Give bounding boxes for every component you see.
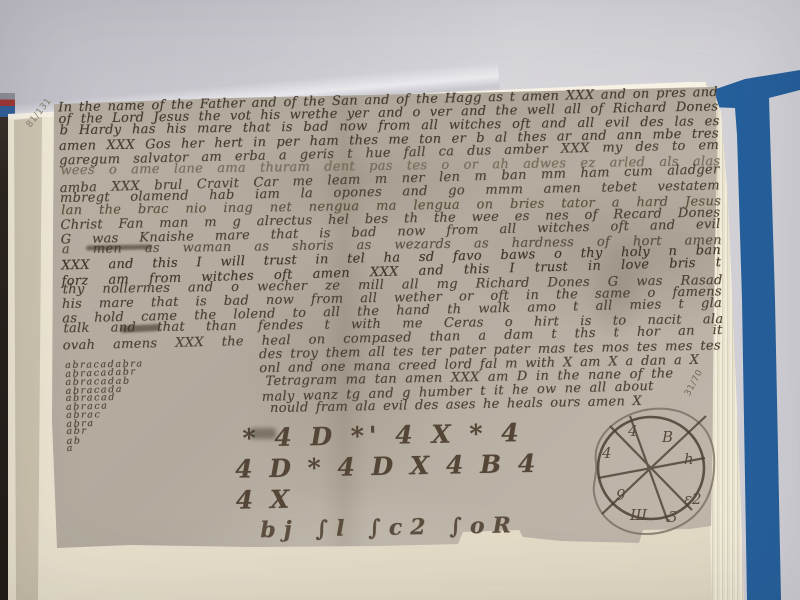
svg-text:B: B <box>661 428 673 446</box>
abracadabra-column: abracadabraabracadabrabracadababracadaab… <box>65 360 179 453</box>
svg-text:3: 3 <box>668 508 678 526</box>
charm-symbols-row: bj ∫l ∫c2 ∫oR <box>260 509 565 546</box>
charm-symbols: * 4 D *' 4 X * 44 D * 4 D X 4 B 4 4 Xbj … <box>242 416 564 546</box>
svg-text:9: 9 <box>616 486 626 504</box>
book-headband <box>0 93 15 117</box>
svg-text:Ш: Ш <box>629 506 648 524</box>
charm-symbols-row: 4 D * 4 D X 4 B 4 4 X <box>235 447 564 515</box>
svg-text:4: 4 <box>601 444 612 462</box>
svg-text:4: 4 <box>627 422 638 440</box>
magic-sigil: 4 B 4 h ε2 3 Ш 9 <box>572 396 726 548</box>
svg-text:h: h <box>684 450 694 468</box>
svg-text:ε2: ε2 <box>684 490 702 508</box>
ink-blot <box>250 428 276 439</box>
photo-manuscript-in-book: In the name of the Father and of the San… <box>0 0 800 600</box>
